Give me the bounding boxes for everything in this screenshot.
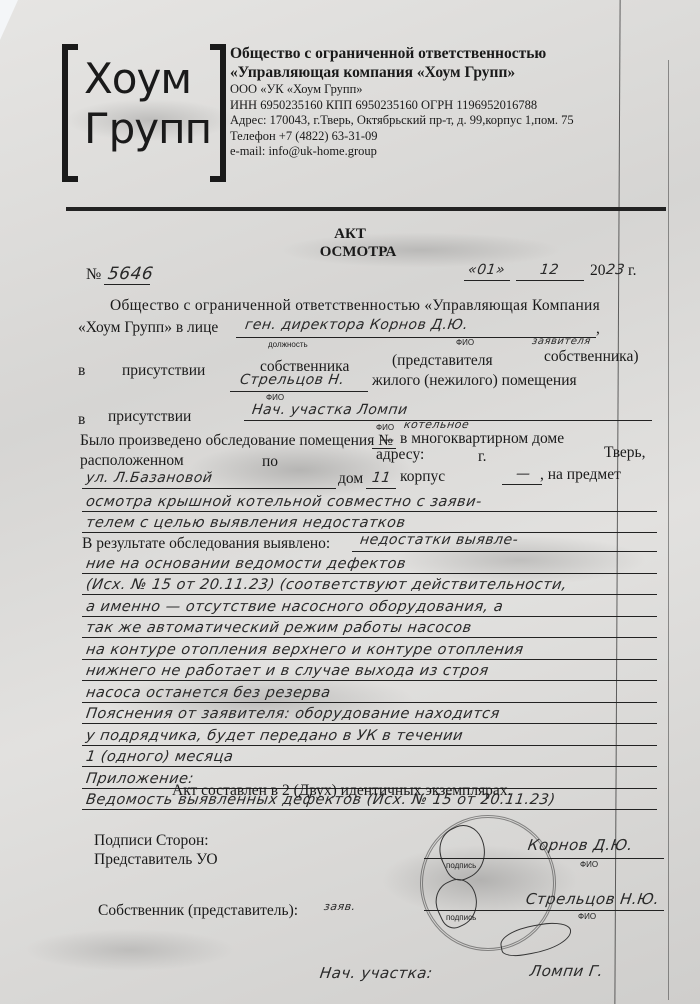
city-prefix: г. xyxy=(478,448,486,466)
ruled-line: 1 (одного) месяца xyxy=(82,746,657,768)
rep-label: (представителя xyxy=(392,352,493,370)
ruled-line: так же автоматический режим работы насос… xyxy=(82,617,657,639)
purpose-text: телем с целью выявления недостатков xyxy=(85,515,407,531)
chief-name-hand: Нач. участка Ломпи xyxy=(251,402,409,418)
korpus-underline xyxy=(502,484,542,485)
city-name: Тверь, xyxy=(604,444,646,462)
representative-hand: ген. директора Корнов Д.Ю. xyxy=(244,317,469,333)
caption-sign: подпись xyxy=(446,913,476,922)
doc-title: АКТ xyxy=(0,226,700,243)
purpose-lines: осмотра крышной котельной совместно с за… xyxy=(82,490,657,533)
logo-word-2: Групп xyxy=(84,104,211,154)
uo-name-hand: Корнов Д.Ю. xyxy=(527,836,634,854)
caption-sign: подпись xyxy=(446,861,476,870)
header-divider xyxy=(66,207,666,211)
org-title-line-1: Общество с ограниченной ответственностью xyxy=(230,44,670,63)
ruled-line: на контуре отопления верхнего и контуре … xyxy=(82,638,657,660)
ruled-line: а именно — отсутствие насосного оборудов… xyxy=(82,595,657,617)
by-label: по xyxy=(262,453,278,471)
result-text: нижнего не работает и в случае выхода из… xyxy=(85,663,490,679)
house-label: дом xyxy=(338,470,363,488)
org-title-line-2: «Управляющая компания «Хоум Групп» xyxy=(230,63,670,82)
scanned-document: Хоум Групп Общество с ограниченной ответ… xyxy=(0,0,700,1004)
number-underline xyxy=(104,284,150,285)
logo-bracket-left xyxy=(62,44,78,182)
fold-line xyxy=(668,60,669,1000)
rep-owner-label: собственника) xyxy=(544,348,639,366)
org-requisites: ИНН 6950235160 КПП 6950235160 ОГРН 11969… xyxy=(230,98,670,114)
result-text: у подрядчика, будет передано в УК в тече… xyxy=(85,728,464,744)
result-text: на контуре отопления верхнего и контуре … xyxy=(85,642,525,658)
in-label: в xyxy=(78,362,85,380)
number-label: № xyxy=(86,266,101,284)
org-email: e-mail: info@uk-home.group xyxy=(230,144,670,160)
premises-type-label: жилого (нежилого) помещения xyxy=(372,372,577,390)
chief-label-hand: Нач. участка: xyxy=(319,964,434,982)
ruled-line: осмотра крышной котельной совместно с за… xyxy=(82,490,657,512)
paper-corner xyxy=(0,0,18,40)
address-label: адресу: xyxy=(376,446,424,464)
date-day: «01» xyxy=(467,262,506,278)
logo-word-1: Хоум xyxy=(84,54,191,104)
owner-name-hand: Стрельцов Н. xyxy=(239,372,346,388)
representative-label: «Хоум Групп» в лице xyxy=(78,319,218,337)
intro-line-1: Общество с ограниченной ответственностью… xyxy=(110,297,600,315)
result-label: В результате обследования выявлено: xyxy=(82,535,330,553)
presence-label: присутствии xyxy=(108,408,191,426)
survey-line-1-tail: в многоквартирном доме xyxy=(400,430,564,448)
located-label: расположенном xyxy=(80,452,184,470)
result-text: ние на основании ведомости дефектов xyxy=(85,556,407,572)
uo-sign-line xyxy=(424,858,664,859)
date-month: 12 xyxy=(539,262,560,278)
result-text: а именно — отсутствие насосного оборудов… xyxy=(85,599,504,615)
comma: , xyxy=(596,320,600,338)
parties-label: Подписи Сторон: xyxy=(94,832,209,850)
street-underline xyxy=(82,488,336,489)
date-year-prefix: 20 xyxy=(590,262,606,280)
result-text: так же автоматический режим работы насос… xyxy=(85,620,473,636)
caption-fio: ФИО xyxy=(266,393,284,402)
house-underline xyxy=(366,488,396,489)
doc-subtitle: ОСМОТРА xyxy=(8,244,700,261)
caption-fio: ФИО xyxy=(376,423,394,432)
result-lines: ние на основании ведомости дефектов (Исх… xyxy=(82,552,657,810)
owner-note-hand: заяв. xyxy=(323,900,357,913)
act-number: 5646 xyxy=(107,264,155,284)
survey-line-1: Было произведено обследование помещения … xyxy=(80,432,393,450)
ruled-line: Пояснения от заявителя: оборудование нах… xyxy=(82,703,657,725)
presence-label: присутствии xyxy=(122,362,205,380)
caption-fio: ФИО xyxy=(456,338,474,347)
ruled-line: у подрядчика, будет передано в УК в тече… xyxy=(82,724,657,746)
korpus-label: корпус xyxy=(400,468,445,486)
org-phone: Телефон +7 (4822) 63-31-09 xyxy=(230,129,670,145)
owner-name-underline xyxy=(230,391,368,392)
org-short-name: ООО «УК «Хоум Групп» xyxy=(230,82,670,98)
chief-name-hand: Ломпи Г. xyxy=(529,962,605,980)
owner-sign-label: Собственник (представитель): xyxy=(98,902,298,920)
logo-bracket-right xyxy=(210,44,226,182)
result-text: (Исх. № 15 от 20.11.23) (соответствуют д… xyxy=(85,577,568,593)
caption-fio: ФИО xyxy=(580,860,598,869)
owner-sign-name-hand: Стрельцов Н.Ю. xyxy=(525,890,661,908)
letterhead: Общество с ограниченной ответственностью… xyxy=(230,44,670,160)
purpose-text: осмотра крышной котельной совместно с за… xyxy=(85,494,483,510)
copies-statement: Акт составлен в 2 (Двух) идентичных экзе… xyxy=(172,782,511,800)
in-label: в xyxy=(78,411,85,429)
street-hand: ул. Л.Базановой xyxy=(85,470,214,486)
ruled-line: насоса останется без резерва xyxy=(82,681,657,703)
ruled-line: телем с целью выявления недостатков xyxy=(82,512,657,534)
subject-label: , на предмет xyxy=(540,466,621,484)
org-address: Адрес: 170043, г.Тверь, Октябрьский пр-т… xyxy=(230,113,670,129)
date-day-underline xyxy=(464,280,510,281)
date-year-tail: г. xyxy=(628,262,636,280)
result-hand-first: недостатки выявле- xyxy=(359,532,519,548)
korpus-hand: — xyxy=(515,466,532,482)
uo-label: Представитель УО xyxy=(94,851,218,869)
date-month-underline xyxy=(516,280,584,281)
result-text: насоса останется без резерва xyxy=(85,685,332,701)
ruled-line: (Исх. № 15 от 20.11.23) (соответствуют д… xyxy=(82,574,657,596)
caption-position: должность xyxy=(268,340,308,349)
owner-sign-line xyxy=(424,910,664,911)
caption-fio: ФИО xyxy=(578,912,596,921)
result-text: 1 (одного) месяца xyxy=(85,749,235,765)
owner-note-hand: заявителя xyxy=(531,336,591,347)
company-logo: Хоум Групп xyxy=(62,44,222,168)
ruled-line: ние на основании ведомости дефектов xyxy=(82,552,657,574)
result-text: Пояснения от заявителя: оборудование нах… xyxy=(85,706,501,722)
house-hand: 11 xyxy=(371,470,392,486)
ruled-line: нижнего не работает и в случае выхода из… xyxy=(82,660,657,682)
date-year-suffix: 23 xyxy=(605,262,626,278)
